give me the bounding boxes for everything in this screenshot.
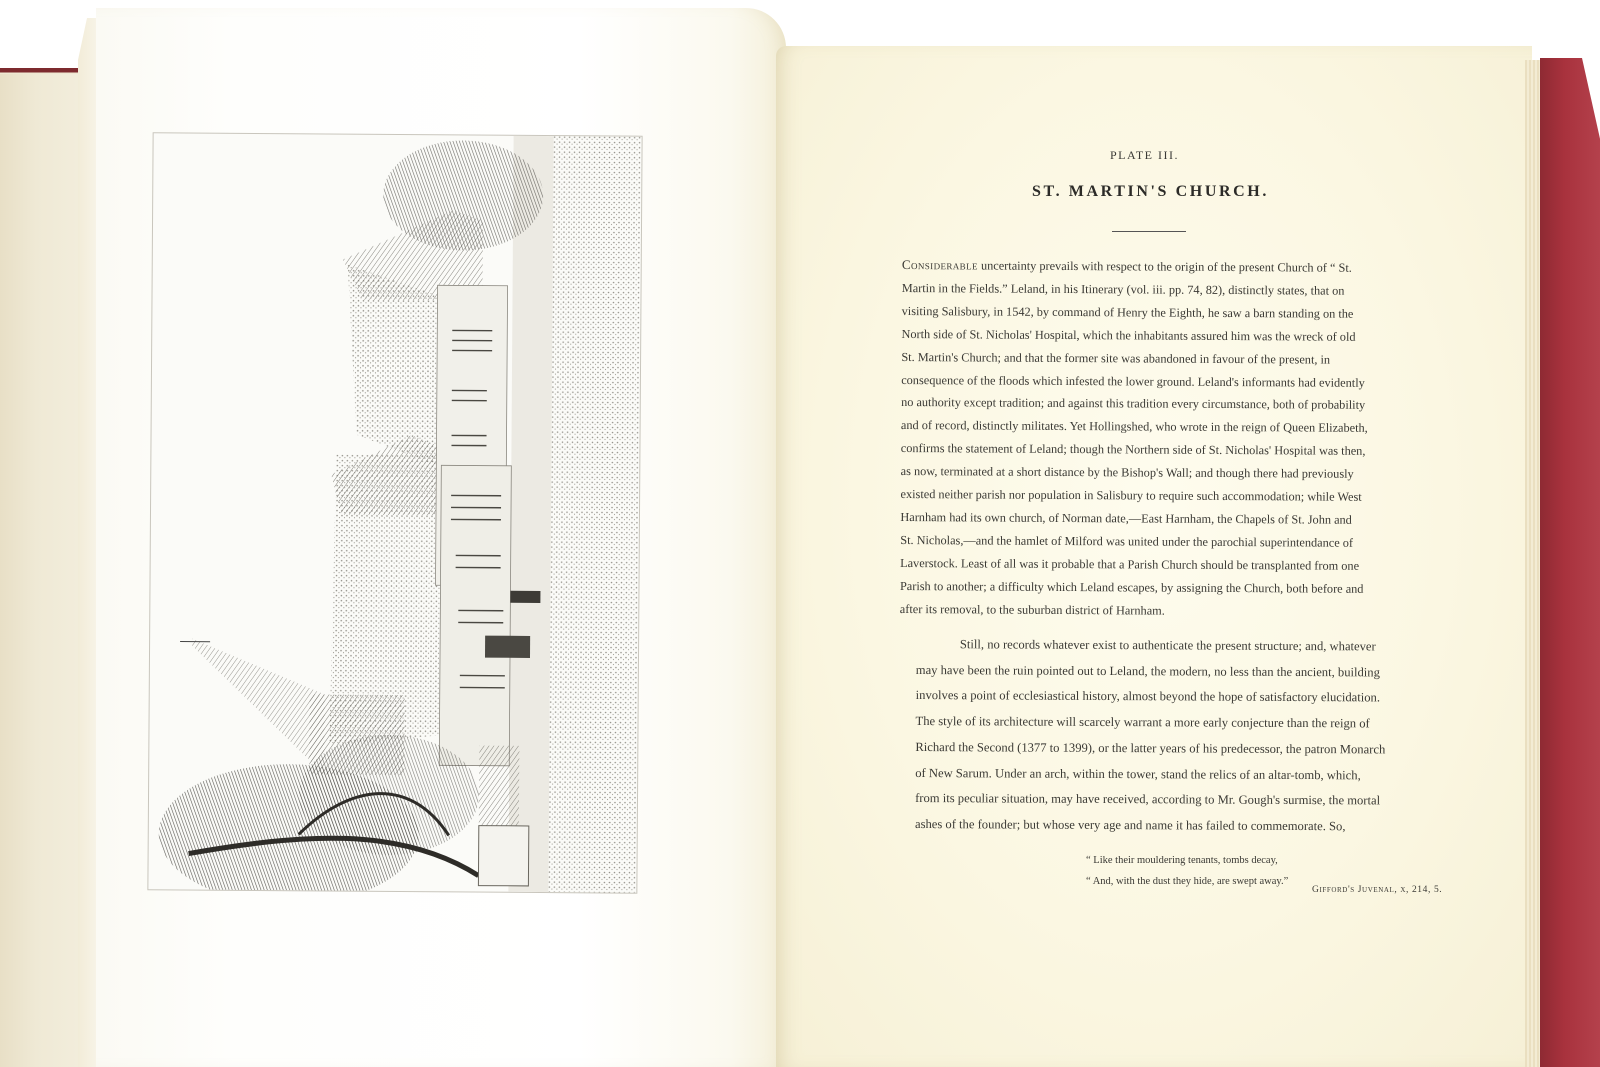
paragraph-line: involves a point of ecclesiastical histo…	[916, 683, 1386, 711]
paragraph-line: Martin in the Fields.” Leland, in his It…	[902, 277, 1369, 303]
open-book: PLATE III. ST. MARTIN'S CHURCH. Consider…	[0, 0, 1600, 1067]
paragraph-line: of New Sarum. Under an arch, within the …	[915, 761, 1385, 789]
paragraph-line: existed neither parish nor population in…	[900, 483, 1367, 509]
paragraph-line: Parish to another; a difficulty which Le…	[900, 575, 1367, 601]
paragraph-line: no authority except tradition; and again…	[901, 391, 1368, 417]
paragraph-line: Richard the Second (1377 to 1399), or th…	[915, 735, 1385, 763]
lead-smallcaps: Considerable	[902, 257, 978, 272]
paragraph-line: St. Martin's Church; and that the former…	[901, 346, 1368, 372]
paragraph-2: Still, no records whatever exist to auth…	[915, 632, 1386, 840]
paragraph-line: Considerable uncertainty prevails with r…	[902, 254, 1369, 280]
paragraph-line: confirms the statement of Leland; though…	[901, 437, 1368, 463]
title-divider	[1112, 231, 1186, 232]
paragraph-line: Still, no records whatever exist to auth…	[916, 632, 1386, 660]
paragraph-line: North side of St. Nicholas' Hospital, wh…	[901, 323, 1368, 349]
verse-quote: “ Like their mouldering tenants, tombs d…	[1086, 850, 1288, 892]
paragraph-line: Laverstock. Least of all was it probable…	[900, 552, 1367, 578]
quote-line: “ And, with the dust they hide, are swep…	[1086, 871, 1288, 892]
paragraph-line: and of record, distinctly militates. Yet…	[901, 414, 1368, 440]
paragraph-line: may have been the ruin pointed out to Le…	[916, 658, 1386, 686]
quote-citation: Gifford's Juvenal, x, 214, 5.	[1312, 885, 1442, 895]
right-cover-edge	[1540, 58, 1600, 1067]
paragraph-1: Considerable uncertainty prevails with r…	[900, 254, 1369, 623]
left-page-stack	[0, 74, 91, 1067]
engraving-illustration	[148, 133, 641, 892]
paragraph-line: visiting Salisbury, in 1542, by command …	[902, 300, 1369, 326]
paragraph-line: as now, terminated at a short distance b…	[901, 460, 1368, 486]
paragraph-line: ashes of the founder; but whose very age…	[915, 812, 1385, 840]
paragraph-line: Harnham had its own church, of Norman da…	[900, 506, 1367, 532]
paragraph-line: from its peculiar situation, may have re…	[915, 786, 1385, 814]
quote-line: “ Like their mouldering tenants, tombs d…	[1086, 850, 1288, 871]
paragraph-line: St. Nicholas,—and the hamlet of Milford …	[900, 529, 1367, 555]
paragraph-line: after its removal, to the suburban distr…	[900, 598, 1367, 624]
church-engraving	[147, 132, 642, 893]
page-title: ST. MARTIN'S CHURCH.	[1032, 183, 1269, 201]
paragraph-line: The style of its architecture will scarc…	[915, 709, 1385, 737]
paragraph-line: consequence of the floods which infested…	[901, 369, 1368, 395]
plate-label: PLATE III.	[1110, 148, 1179, 163]
